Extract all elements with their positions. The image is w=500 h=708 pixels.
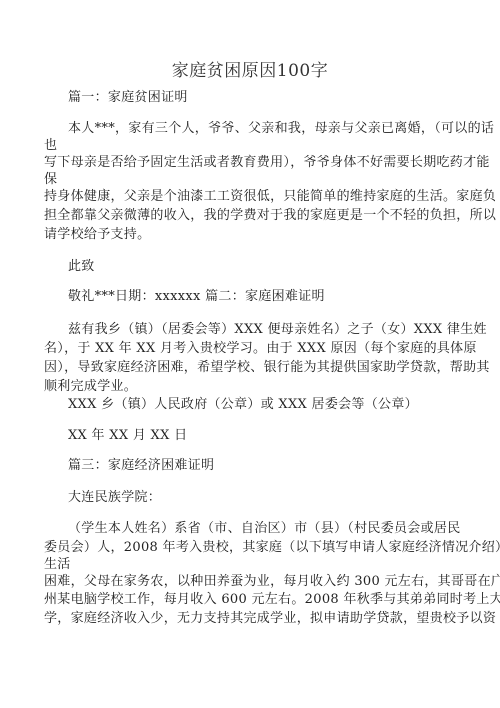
paragraph-line: 兹有我乡（镇）（居委会等）XXX 便母亲姓名）之子（女）XXX 律生姓 (68, 322, 487, 338)
section-heading: 篇一：家庭贫困证明 (68, 90, 188, 106)
paragraph-line: 困难，父母在家务农，以种田养蚕为业，每月收入约 300 元左右，其哥哥在广 (44, 574, 500, 590)
paragraph-line: （学生本人姓名）系省（市、自治区）市（县）（村民委员会或居民 (68, 521, 461, 537)
paragraph-line: 名），于 XX 年 XX 月考入贵校学习。由于 XXX 原因（每个家庭的具体原 (44, 341, 477, 357)
paragraph-line: 本人***，家有三个人，爷爷、父亲和我，母亲与父亲已离婚，（可以的话 (68, 121, 494, 137)
paragraph-line: 也 (44, 138, 57, 154)
paragraph-line: 因），导致家庭经济困难，希望学校、银行能为其提供国家助学贷款，帮助其 (44, 360, 490, 376)
paragraph-line: 担全都靠父亲微薄的收入，我的学费对于我的家庭更是一个不轻的负担，所以 (44, 208, 496, 224)
paragraph-line: 请学校给予支持。 (44, 227, 150, 243)
closing-line: 此致 (68, 259, 95, 275)
paragraph-line: 州某电脑学校工作，每月收入 600 元左右。2008 年秋季与其弟弟同时考上大 (44, 592, 500, 608)
paragraph-line: 写下母亲是否给予固定生活或者教育费用），爷爷身体不好需要长期吃药才能 (44, 155, 490, 171)
paragraph-line: 持身体健康，父亲是个油漆工工资很低，只能简单的维持家庭的生活。家庭负 (44, 189, 496, 205)
paragraph-line: 顺利完成学业。 (44, 379, 137, 395)
paragraph-line: 学，家庭经济收入少，无力支持其完成学业，拟申请助学贷款，望贵校予以资 (44, 611, 496, 627)
stamp-line: XXX 乡（镇）人民政府（公章）或 XXX 居委会等（公章） (68, 397, 418, 413)
date-line: XX 年 XX 月 XX 日 (68, 428, 187, 444)
salutation: 大连民族学院： (68, 490, 161, 506)
paragraph-line: 保 (44, 172, 57, 188)
paragraph-line: 生活 (44, 557, 71, 573)
document-page: 家庭贫困原因100字 篇一：家庭贫困证明 本人***，家有三个人，爷爷、父亲和我… (0, 0, 500, 708)
document-title: 家庭贫困原因100字 (0, 60, 500, 82)
closing-line: 敬礼***日期：xxxxxx 篇二：家庭困难证明 (68, 289, 325, 305)
paragraph-line: 委员会）人，2008 年考入贵校，其家庭（以下填写申请人家庭经济情况介绍） (44, 540, 500, 556)
section-heading: 篇三：家庭经济困难证明 (68, 458, 214, 474)
